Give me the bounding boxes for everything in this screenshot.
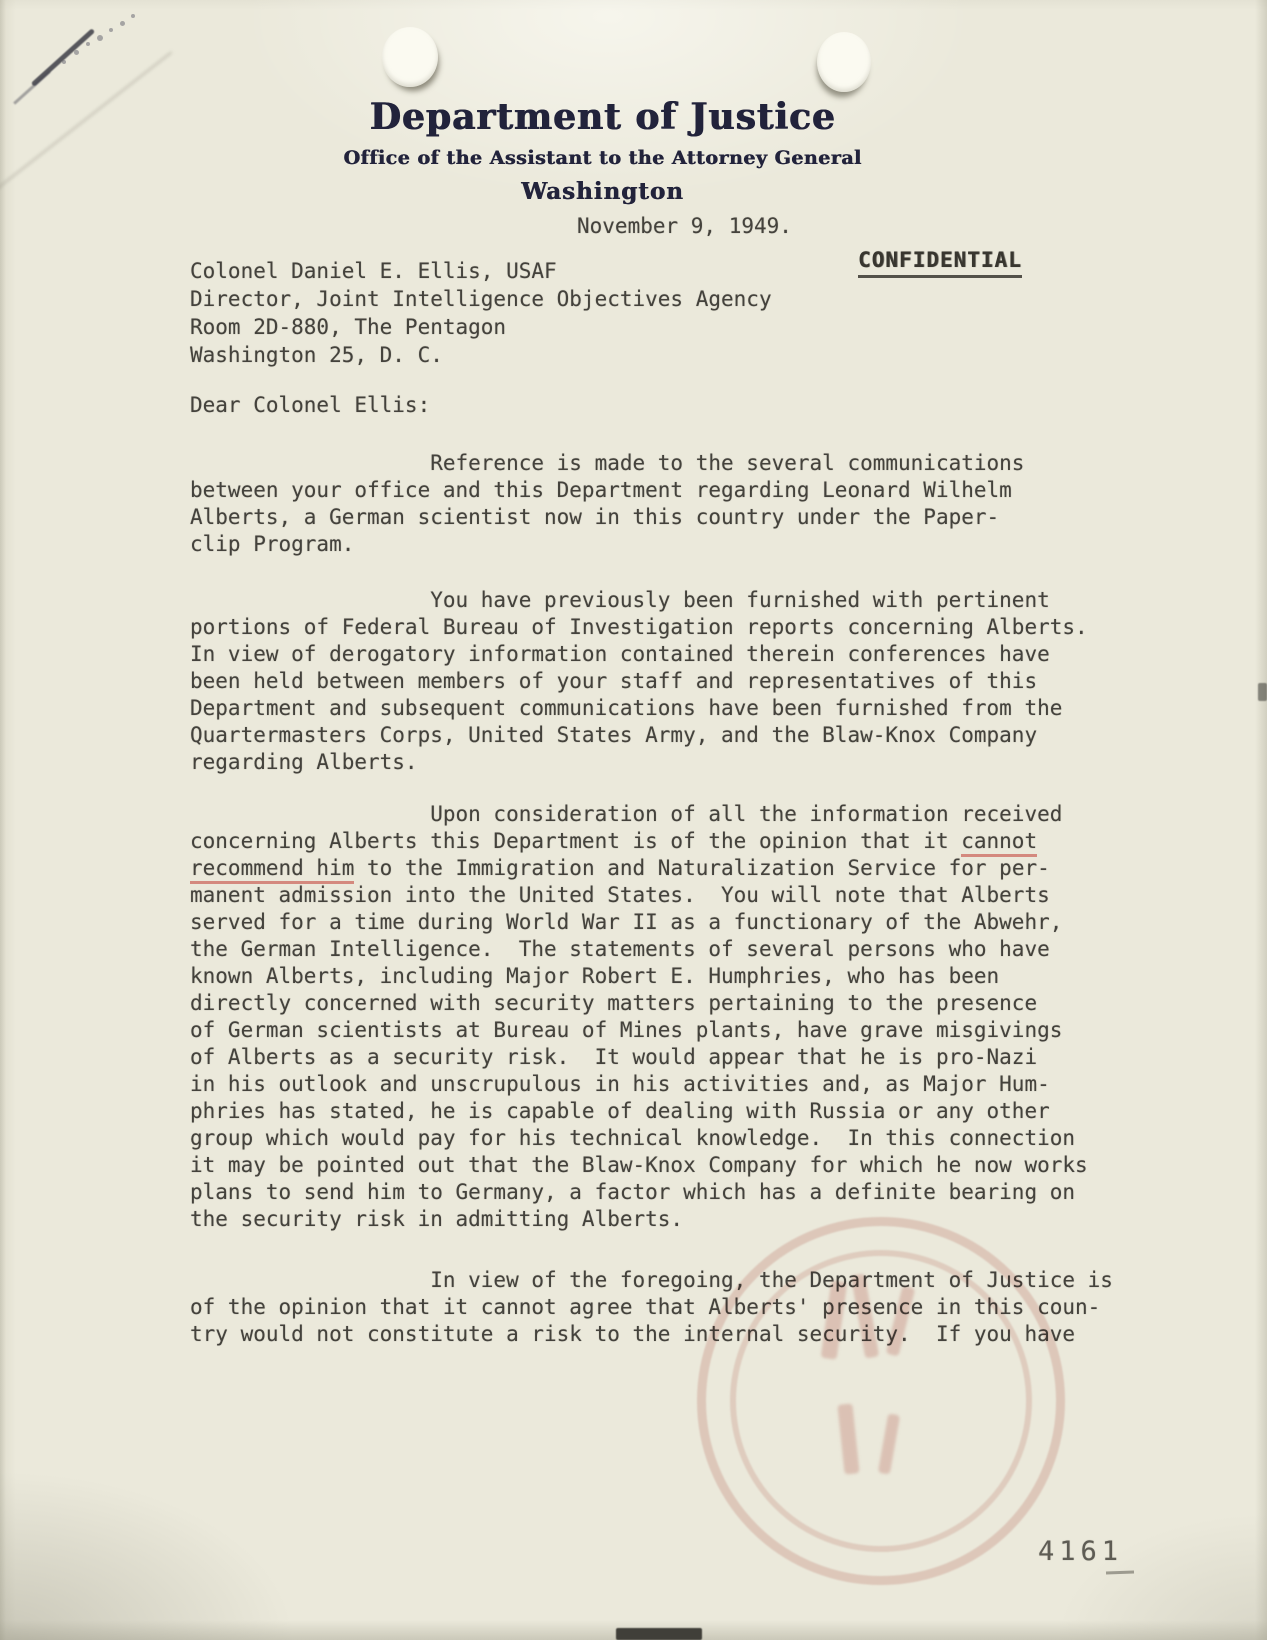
punch-hole-left: [382, 27, 438, 87]
perforation-dot: [62, 60, 66, 64]
recipient-address: Colonel Daniel E. Ellis, USAF Director, …: [190, 257, 772, 369]
confidential-marking: CONFIDENTIAL: [858, 247, 1022, 278]
paragraph-3-text-continued: to the Immigration and Naturalization Se…: [190, 856, 1088, 1231]
red-underlined-recommend-him: recommend him: [190, 856, 354, 884]
declassification-stamp-ring: [697, 1217, 1065, 1585]
perforation-dot: [109, 28, 113, 32]
perforation-dot: [74, 50, 79, 55]
letterhead-department: Department of Justice: [0, 96, 1205, 138]
letterhead-city: Washington: [0, 178, 1205, 205]
body-paragraph-1: Reference is made to the several communi…: [190, 450, 1135, 558]
perforation-dot: [120, 21, 125, 26]
body-paragraph-2: You have previously been furnished with …: [190, 587, 1135, 776]
stamp-inner-ring: [730, 1250, 1032, 1552]
date-line: November 9, 1949.: [577, 213, 792, 240]
scan-edge-notch: [1258, 683, 1267, 701]
reference-number-underline: [1106, 1571, 1134, 1575]
punch-hole-right: [817, 32, 871, 92]
paragraph-3-text: Upon consideration of all the informatio…: [190, 802, 1062, 853]
perforation-dot: [131, 14, 135, 18]
letterhead: Department of Justice Office of the Assi…: [0, 96, 1205, 205]
body-paragraph-3: Upon consideration of all the informatio…: [190, 801, 1135, 1233]
letterhead-office: Office of the Assistant to the Attorney …: [0, 147, 1205, 169]
perforation-dot: [97, 35, 103, 41]
page-reference-number: 4161: [1038, 1538, 1123, 1565]
salutation: Dear Colonel Ellis:: [190, 392, 430, 419]
scan-artifact-bar: [616, 1628, 702, 1640]
scanned-letter-page: Department of Justice Office of the Assi…: [0, 0, 1267, 1640]
red-underlined-cannot: cannot: [961, 829, 1037, 857]
perforation-dot: [86, 42, 90, 46]
